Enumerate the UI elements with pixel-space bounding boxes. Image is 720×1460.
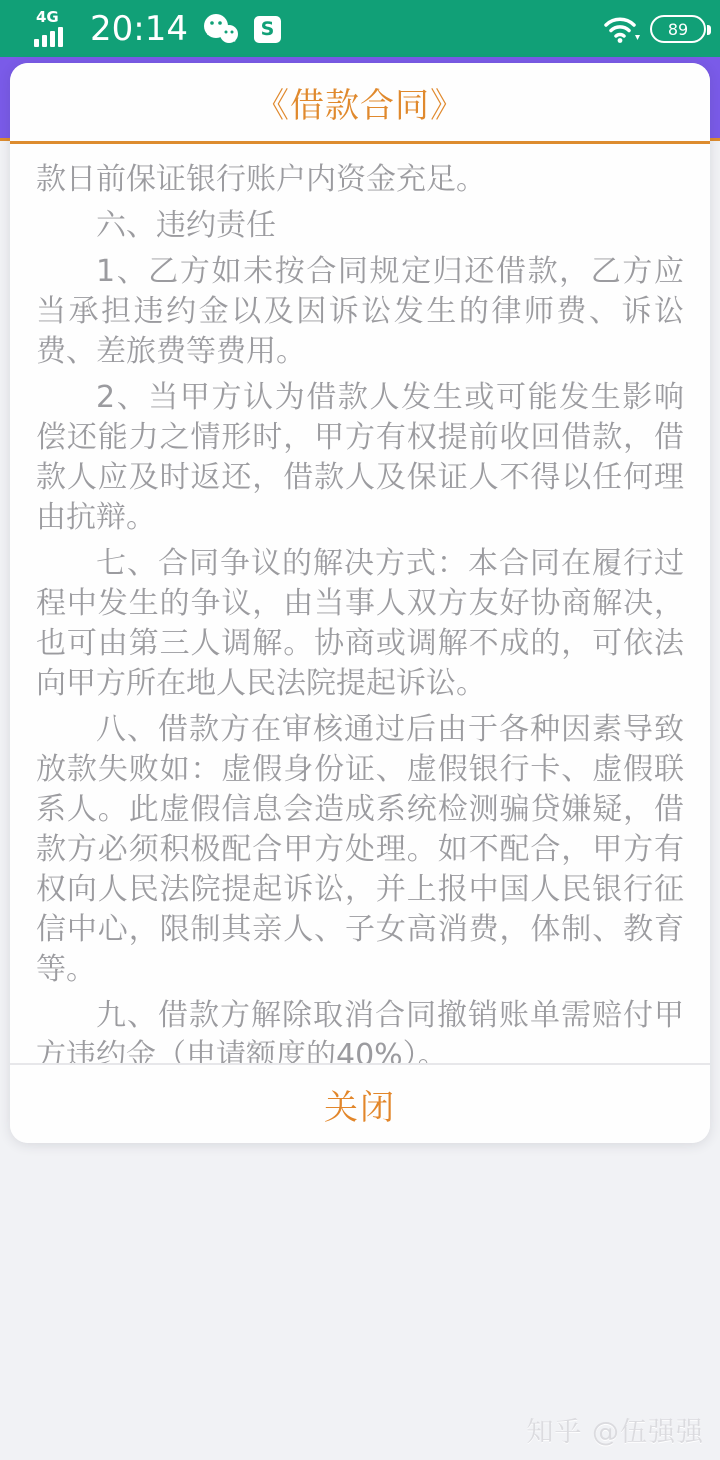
- contract-paragraph: 七、合同争议的解决方式：本合同在履行过程中发生的争议，由当事人双方友好协商解决，…: [36, 544, 684, 704]
- wifi-icon: [602, 13, 642, 45]
- battery-percent: 89: [668, 20, 688, 39]
- contract-paragraph: 六、违约责任: [36, 206, 684, 246]
- battery-icon: 89: [650, 15, 706, 43]
- clock-time: 20:14: [90, 7, 188, 51]
- contract-paragraph: 九、借款方解除取消合同撤销账单需赔付甲方违约金（申请额度的40%）。: [36, 996, 684, 1063]
- signal-strength-bars: [34, 27, 63, 47]
- contract-paragraph: 八、借款方在审核通过后由于各种因素导致放款失败如：虚假身份证、虚假银行卡、虚假联…: [36, 710, 684, 990]
- status-bar: 4G 20:14 S: [0, 0, 720, 57]
- close-button[interactable]: 关闭: [10, 1065, 710, 1143]
- signal-bars-icon: 4G: [34, 8, 82, 50]
- dialog-header: 《借款合同》: [10, 63, 710, 141]
- wechat-icon: [202, 13, 240, 45]
- zhihu-watermark: 知乎 @伍强强: [526, 1410, 704, 1449]
- contract-paragraph: 款日前保证银行账户内资金充足。: [36, 160, 684, 200]
- loan-contract-dialog: 《借款合同》 款日前保证银行账户内资金充足。 六、违约责任 1、乙方如未按合同规…: [10, 63, 710, 1143]
- close-button-label: 关闭: [324, 1080, 396, 1129]
- phone-screen: 4G 20:14 S: [0, 0, 720, 1460]
- contract-text-scroll-area[interactable]: 款日前保证银行账户内资金充足。 六、违约责任 1、乙方如未按合同规定归还借款，乙…: [10, 144, 710, 1063]
- dialog-title: 《借款合同》: [255, 78, 465, 127]
- contract-paragraph: 1、乙方如未按合同规定归还借款，乙方应当承担违约金以及因诉讼发生的律师费、诉讼费…: [36, 252, 684, 372]
- contract-paragraph: 2、当甲方认为借款人发生或可能发生影响偿还能力之情形时，甲方有权提前收回借款，借…: [36, 378, 684, 538]
- network-type-label: 4G: [36, 8, 59, 26]
- screenshot-app-icon: S: [254, 16, 281, 43]
